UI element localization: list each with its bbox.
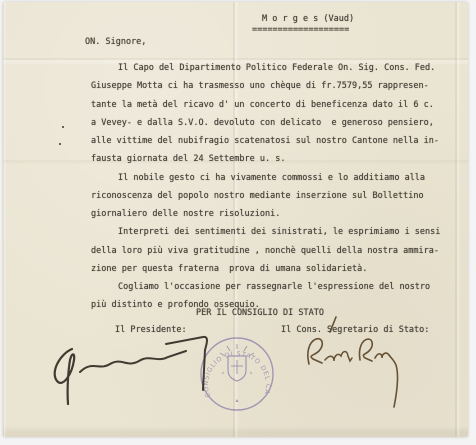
body-line: Il Capo del Dipartimento Politico Federa… — [91, 59, 447, 77]
council-line: PER IL CONSIGLIO DI STATO — [196, 308, 324, 318]
body-line: della loro più viva gratitudine , nonchè… — [91, 242, 447, 260]
place-underline: =================== — [252, 25, 349, 35]
body-line: zione per questa fraterna prova di umana… — [91, 260, 447, 278]
president-label: Il Presidente: — [115, 325, 187, 335]
salutation: ON. Signore, — [85, 37, 146, 47]
body-line: giornaliero delle nostre risoluzioni. — [91, 205, 447, 223]
letter-paper: M o r g e s (Vaud) =================== O… — [3, 2, 468, 437]
body-line: Giuseppe Motta ci ha trasmesso uno chèqu… — [91, 77, 447, 95]
place-heading: M o r g e s (Vaud) — [262, 14, 354, 24]
letter-body: Il Capo del Dipartimento Politico Federa… — [91, 59, 447, 315]
ink-speck — [62, 126, 64, 128]
body-line: tante la metà del ricavo d' un concerto … — [91, 96, 447, 114]
secretary-label: Il Cons. Segretario di Stato: — [281, 325, 429, 335]
body-line: fausta giornata del 24 Settembre u. s. — [91, 150, 447, 168]
body-line: Interpreti dei sentimenti dei sinistrati… — [91, 223, 447, 241]
ink-speck — [59, 143, 61, 145]
body-line: a Vevey- e dalla S.V.O. devoluto con del… — [91, 114, 447, 132]
body-line: Il nobile gesto ci ha vivamente commossi… — [91, 169, 447, 187]
body-line: alle vittime del nubifragio scatenatosi … — [91, 132, 447, 150]
body-line: Cogliamo l'occasione per rassegnarle l'e… — [91, 278, 447, 296]
body-line: riconoscenza del popolo nostro mediante … — [91, 187, 447, 205]
